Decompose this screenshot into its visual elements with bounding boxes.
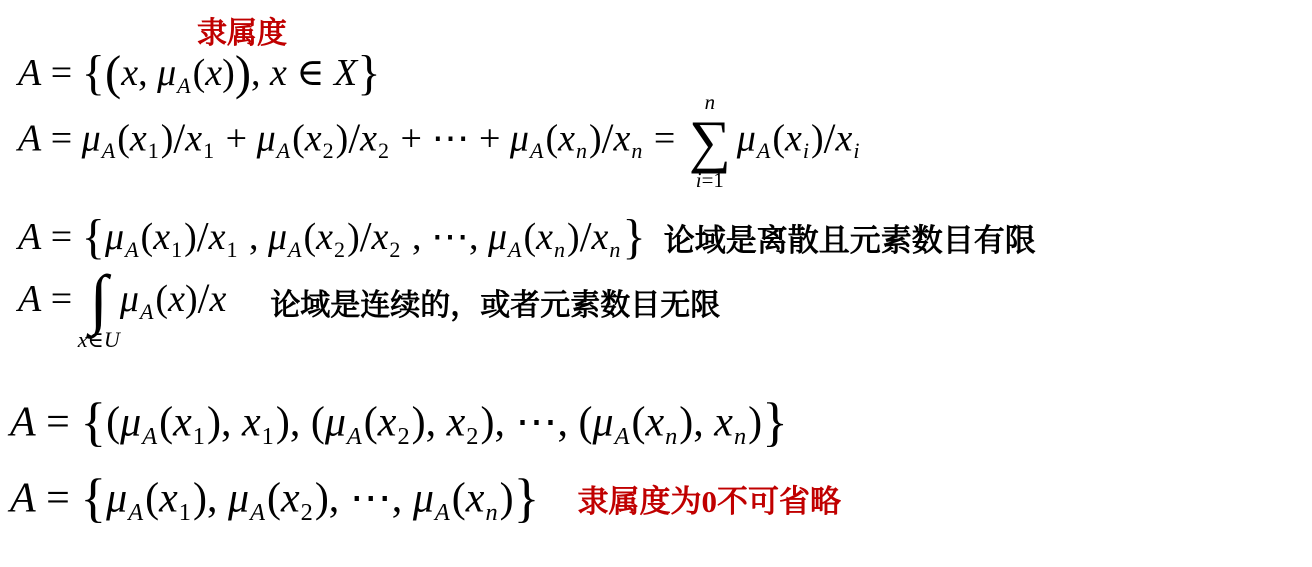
- integral-symbol: ∫x∈U: [90, 272, 108, 333]
- note-discrete-domain: 论域是离散且元素数目有限: [664, 215, 1036, 260]
- formula-line-5: A = {(μA(x1), x1), (μA(x2), x2), ⋯, (μA(…: [10, 390, 788, 455]
- math-expression-sum-form: A = μA(x1)/x1 + μA(x2)/x2 + ⋯ + μA(xn)/x…: [18, 92, 861, 192]
- formula-line-6: A = {μA(x1), μA(x2), ⋯, μA(xn)} 隶属度为0不可省…: [10, 466, 841, 531]
- formula-line-3: A = {μA(x1)/x1 , μA(x2)/x2 , ⋯, μA(xn)/x…: [18, 208, 1036, 266]
- summation-symbol: n∑i=1: [689, 92, 731, 192]
- formula-line-4: A = ∫x∈UμA(x)/x 论域是连续的，或者元素数目无限: [18, 272, 720, 333]
- note-continuous-domain: 论域是连续的，或者元素数目无限: [270, 280, 720, 324]
- math-expression-integral-form: A = ∫x∈UμA(x)/x: [18, 272, 226, 333]
- math-expression-discrete-form: A = {μA(x1)/x1 , μA(x2)/x2 , ⋯, μA(xn)/x…: [18, 208, 646, 266]
- formula-line-2: A = μA(x1)/x1 + μA(x2)/x2 + ⋯ + μA(xn)/x…: [18, 92, 861, 192]
- math-expression-ordered-pairs-form: A = {(μA(x1), x1), (μA(x2), x2), ⋯, (μA(…: [10, 390, 788, 455]
- note-zero-membership: 隶属度为0不可省略: [577, 476, 841, 521]
- math-expression-membership-list-form: A = {μA(x1), μA(x2), ⋯, μA(xn)}: [10, 466, 539, 531]
